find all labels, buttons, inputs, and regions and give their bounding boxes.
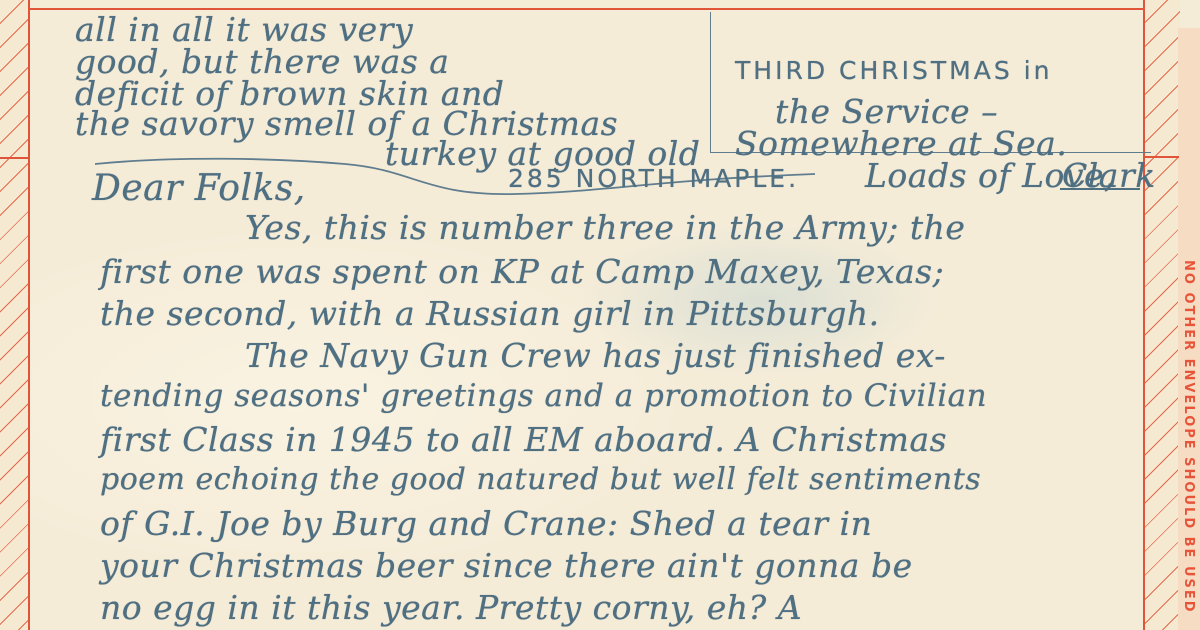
header-note-line-1: THIRD CHRISTMAS in	[735, 56, 1052, 85]
body-line-9: your Christmas beer since there ain't go…	[100, 546, 913, 585]
body-line-3: the second, with a Russian girl in Pitts…	[100, 294, 880, 333]
body-line-7: poem echoing the good natured but well f…	[100, 462, 981, 497]
address-line: 285 NORTH MAPLE.	[508, 164, 799, 193]
body-line-10: no egg in it this year. Pretty corny, eh…	[100, 588, 802, 627]
body-line-2: first one was spent on KP at Camp Maxey,…	[100, 252, 944, 291]
left-hatched-margin	[0, 0, 28, 630]
envelope-notice: NO OTHER ENVELOPE SHOULD BE USED	[1181, 260, 1196, 614]
signature-underline	[1060, 188, 1140, 190]
body-line-1: Yes, this is number three in the Army; t…	[245, 208, 965, 247]
body-line-4: The Navy Gun Crew has just finished ex-	[245, 336, 946, 375]
left-fold-mark	[0, 157, 30, 159]
salutation: Dear Folks,	[92, 168, 306, 209]
body-line-8: of G.I. Joe by Burg and Crane: Shed a te…	[100, 504, 872, 543]
body-line-6: first Class in 1945 to all EM aboard. A …	[100, 420, 947, 459]
body-line-5: tending seasons' greetings and a promoti…	[100, 378, 987, 414]
left-margin-rule	[28, 0, 30, 630]
